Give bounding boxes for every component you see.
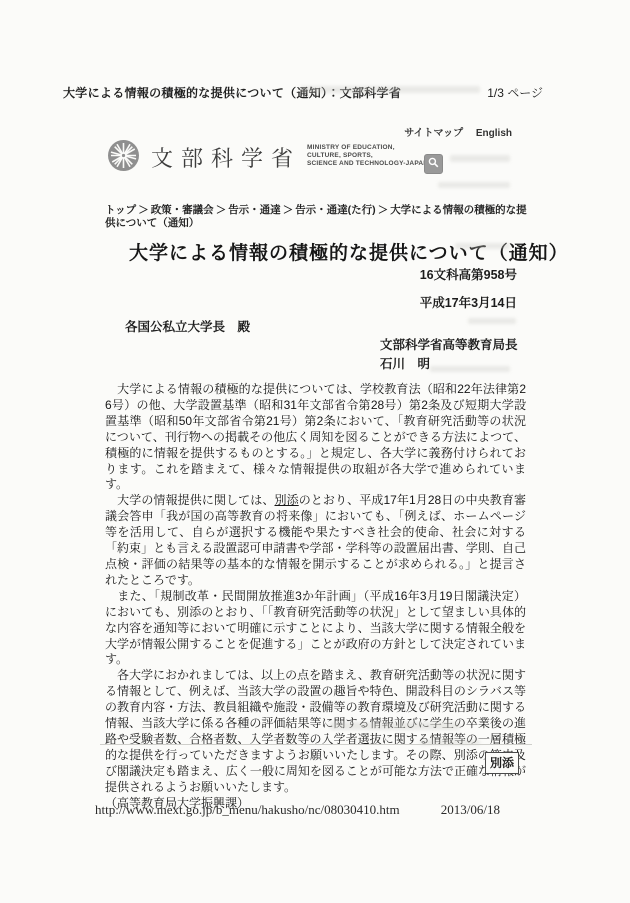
mext-emblem-icon [107, 139, 140, 172]
attachment-badge[interactable]: 別添 [485, 752, 519, 774]
print-footer: http://www.mext.go.jp/b_menu/hakusho/nc/… [95, 802, 500, 818]
scan-bleed-artifact [468, 318, 516, 324]
search-button[interactable] [424, 154, 443, 174]
print-header: 大学による情報の積極的な提供について（通知）：文部科学省 1/3 ページ [63, 84, 543, 101]
breadcrumb-separator: ＞ [378, 204, 389, 216]
breadcrumb-item-home[interactable]: トップ [105, 204, 136, 216]
paragraph-2-pre: 大学の情報提供に関しては、 [105, 493, 274, 507]
breadcrumb-item-notices[interactable]: 告示・通達 [228, 204, 281, 216]
paragraph-2-post: のとおり、平成17年1月28日の中央教育審議会答申「我が国の高等教育の将来像」に… [105, 493, 526, 587]
ministry-logo-english: MINISTRY OF EDUCATION, CULTURE, SPORTS, … [307, 144, 437, 168]
breadcrumb: トップ＞政策・審議会＞告示・通達＞告示・通達(た行)＞大学による情報の積極的な提… [105, 204, 535, 230]
ministry-en-line1: MINISTRY OF EDUCATION, [307, 144, 395, 151]
sender-block: 文部科学省高等教育局長 石川 明 [380, 336, 518, 374]
addressee: 各国公私立大学長 殿 [125, 317, 250, 335]
ministry-logo-text[interactable]: 文部科学省 [151, 142, 301, 173]
english-link[interactable]: English [476, 128, 512, 139]
breadcrumb-separator: ＞ [216, 204, 227, 216]
section-divider [100, 744, 532, 745]
printed-webpage: 大学による情報の積極的な提供について（通知）：文部科学省 1/3 ページ サイト… [0, 0, 630, 903]
scan-bleed-artifact [438, 182, 510, 188]
sitemap-link[interactable]: サイトマップ [404, 128, 463, 139]
document-body: 大学による情報の積極的な提供については、学校教育法（昭和22年法律第26号）の他… [105, 382, 526, 811]
document-number: 16文科高第958号 [105, 265, 517, 283]
attachment-link[interactable]: 別添 [274, 493, 298, 507]
document-date: 平成17年3月14日 [105, 293, 517, 311]
paragraph-4: 各大学におかれましては、以上の点を踏まえ、教育研究活動等の状況に関する情報として… [105, 668, 526, 795]
paragraph-1: 大学による情報の積極的な提供については、学校教育法（昭和22年法律第26号）の他… [105, 382, 526, 493]
utility-nav: サイトマップ English [394, 124, 512, 139]
ministry-en-line3: SCIENCE AND TECHNOLOGY-JAPAN [307, 160, 428, 167]
print-footer-url: http://www.mext.go.jp/b_menu/hakusho/nc/… [95, 802, 400, 818]
breadcrumb-separator: ＞ [138, 204, 149, 216]
breadcrumb-item-notices-ta[interactable]: 告示・通達(た行) [295, 204, 376, 216]
print-page-number: 1/3 ページ [487, 84, 543, 101]
sender-title: 文部科学省高等教育局長 [380, 336, 518, 355]
breadcrumb-separator: ＞ [283, 204, 294, 216]
sender-name: 石川 明 [380, 355, 518, 374]
paragraph-2: 大学の情報提供に関しては、別添のとおり、平成17年1月28日の中央教育審議会答申… [105, 493, 526, 588]
ministry-en-line2: CULTURE, SPORTS, [307, 152, 373, 159]
breadcrumb-item-policy[interactable]: 政策・審議会 [151, 204, 214, 216]
print-footer-date: 2013/06/18 [441, 802, 500, 818]
paragraph-3: また、「規制改革・民間開放推進3か年計画」（平成16年3月19日閣議決定）におい… [105, 589, 526, 669]
scan-bleed-artifact [450, 155, 510, 162]
search-icon [428, 155, 439, 173]
print-header-title: 大学による情報の積極的な提供について（通知）：文部科学省 [63, 84, 401, 101]
page-title: 大学による情報の積極的な提供について（通知） [129, 238, 569, 265]
